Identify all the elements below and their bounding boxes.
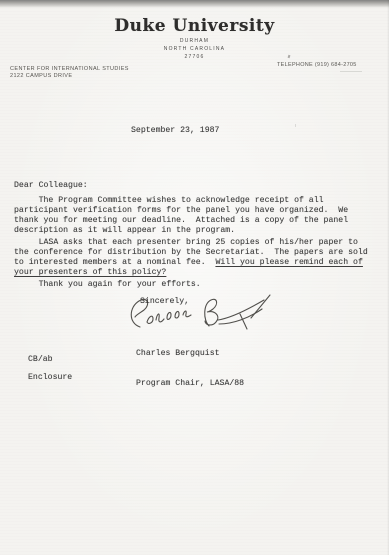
letterhead: Duke University DURHAM NORTH CAROLINA 27… [0,16,389,60]
university-name: Duke University [0,16,389,36]
letterhead-zip: 27706 [0,54,389,60]
department-street: 2122 CAMPUS DRIVE [10,73,129,80]
department-address: CENTER FOR INTERNATIONAL STUDIES 2122 CA… [10,66,129,80]
scan-artifact-speck [295,124,296,127]
body-paragraph-2: LASA asks that each presenter bring 25 c… [14,238,376,278]
letterhead-city: DURHAM [0,38,389,44]
scan-top-edge-shadow [0,0,389,8]
body-paragraph-1: The Program Committee wishes to acknowle… [14,196,376,236]
scanned-letter-page: Duke University DURHAM NORTH CAROLINA 27… [0,0,389,555]
body-paragraph-3: Thank you again for your efforts. [14,280,376,290]
signature-block: Charles Bergquist Program Chair, LASA/88 [136,329,244,409]
department-name: CENTER FOR INTERNATIONAL STUDIES [10,66,129,73]
letterhead-state: NORTH CAROLINA [0,46,389,52]
signer-name: Charles Bergquist [136,349,244,359]
scan-artifact-dash [340,71,362,72]
enclosure-note: Enclosure [28,373,72,383]
salutation: Dear Colleague: [14,181,88,191]
letter-date: September 23, 1987 [131,126,219,136]
signer-title: Program Chair, LASA/88 [136,379,244,389]
reference-initials: CB/ab [28,355,53,365]
telephone-line: TELEPHONE (919) 684-2705 [277,62,357,68]
